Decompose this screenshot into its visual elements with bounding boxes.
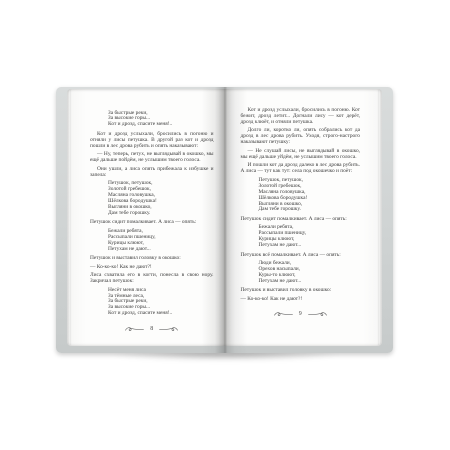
paragraph: Кот и дрозд услыхали, бросились в погоню…: [241, 108, 361, 126]
paragraph: Петушок и выставил головку в окошко:: [90, 256, 214, 262]
right-page-content: Кот и дрозд услыхали, бросились в погоню…: [241, 108, 361, 306]
verse-line: Кот и дрозд, спасите меня!..: [108, 311, 214, 317]
verse-line: Дам тебе горошку.: [259, 207, 361, 213]
paragraph: Петушок сидит помалкивает. А лиса — опят…: [241, 217, 361, 223]
left-page-content: За быстрые реки,За высокие горы...Кот и …: [90, 108, 214, 321]
left-page-inner: За быстрые реки,За высокие горы...Кот и …: [67, 89, 225, 346]
page-stack-edge-left: [67, 90, 72, 345]
flourish-right-icon: [159, 326, 178, 333]
paragraph: И пошли кот да дрозд далеко в лес дрова …: [241, 163, 361, 175]
paragraph: Петушок и выставил головку в окошко:: [241, 288, 361, 294]
book-photo-canvas: За быстрые реки,За высокие горы...Кот и …: [0, 0, 450, 450]
verse-block: Бежали ребята,Рассыпали пшеницу,Курицы к…: [108, 229, 214, 253]
verse-block: Люди бежали,Орехов насыпали,Куры-то клюю…: [259, 261, 361, 285]
right-page-footer: 9: [241, 311, 361, 318]
paragraph: Петушок сидит помалкивает. А лиса — опят…: [90, 220, 214, 226]
book-pages: За быстрые реки,За высокие горы...Кот и …: [67, 89, 382, 346]
page-number: 8: [150, 326, 153, 332]
left-page-footer: 8: [90, 326, 214, 333]
right-page: Кот и дрозд услыхали, бросились в погоню…: [225, 89, 383, 346]
page-stack-edge-right: [377, 90, 382, 345]
verse-block: Несёт меня лисаЗа тёмные леса,За быстрые…: [108, 288, 214, 318]
paragraph: — Ну, теперь, петух, не выглядывай в око…: [90, 152, 214, 164]
left-page: За быстрые реки,За высокие горы...Кот и …: [67, 89, 225, 346]
page-number: 9: [299, 311, 302, 317]
paragraph: Петушок всё помалкивает. А лиса — опять:: [241, 253, 361, 259]
paragraph: Долго ли, коротко ли, опять собрались ко…: [241, 128, 361, 146]
paragraph: Кот и дрозд услыхали, бросились в погоню…: [90, 132, 214, 150]
open-book: За быстрые реки,За высокие горы...Кот и …: [56, 87, 393, 353]
verse-block: За быстрые реки,За высокие горы...Кот и …: [108, 111, 214, 129]
paragraph: — Ко-ко-ко! Как не дают?!: [241, 297, 361, 303]
paragraph: — Ко-ко-ко! Как не дают?!: [90, 265, 214, 271]
verse-line: Петухам не дают...: [108, 247, 214, 253]
flourish-left-icon: [125, 326, 144, 333]
paragraph: — Не слушай лисы, не выглядывай в окошко…: [241, 149, 361, 161]
verse-line: Петухам не дают...: [259, 243, 361, 249]
verse-block: Петушок, петушок,Золотой гребешок,Маслян…: [108, 181, 214, 217]
flourish-left-icon: [274, 311, 293, 318]
flourish-right-icon: [308, 311, 327, 318]
verse-line: Дам тебе горошку.: [108, 211, 214, 217]
paragraph: Они ушли, а лиса опять прибежала к избуш…: [90, 167, 214, 179]
verse-line: Петухам не дают...: [259, 279, 361, 285]
right-page-inner: Кот и дрозд услыхали, бросились в погоню…: [225, 89, 383, 346]
paragraph: Лиса схватила его в когти, понесла в сво…: [90, 273, 214, 285]
verse-block: Петушок, петушок,Золотой гребешок,Маслян…: [259, 178, 361, 214]
verse-block: Бежали ребята,Рассыпали пшеницу,Курицы к…: [259, 225, 361, 249]
verse-line: Кот и дрозд, спасите меня!..: [108, 122, 214, 128]
